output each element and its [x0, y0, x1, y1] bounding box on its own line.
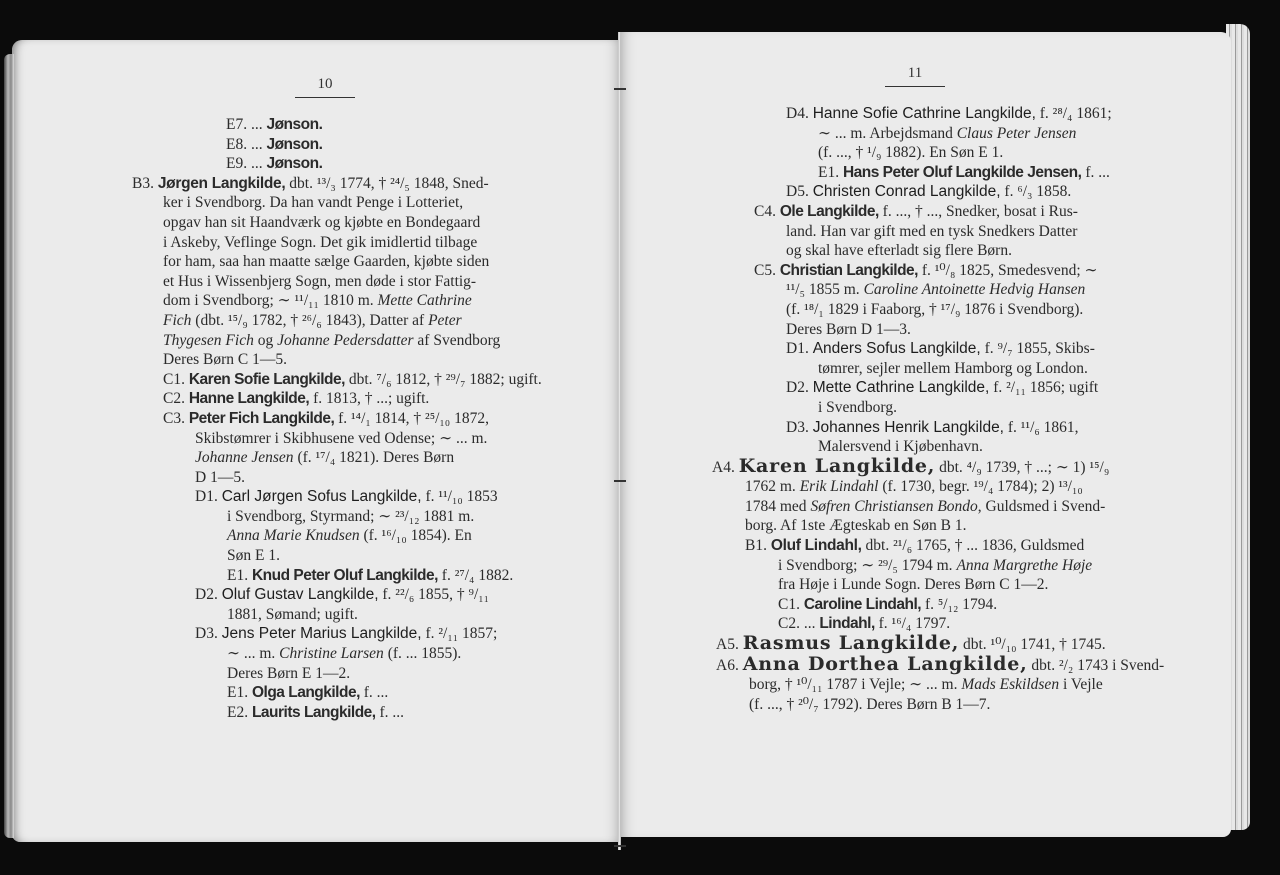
body-text: C2. ... [778, 615, 819, 632]
text-line: C5. Christian Langkilde, f. ¹⁰/₈ 1825, S… [754, 261, 1156, 281]
text-line: (f. ..., † ²⁰/₇ 1792). Deres Børn B 1—7. [749, 695, 1156, 715]
body-text: C4. [754, 203, 780, 220]
body-text: dbt. ²¹/₆ 1765, † ... 1836, Guldsmed [862, 537, 1085, 554]
body-text: f. ..., † ..., Snedker, bosat i Rus- [879, 203, 1078, 220]
text-line: A4. Karen Langkilde, dbt. ⁴/₉ 1739, † ..… [712, 457, 1156, 478]
text-line: E1. Hans Peter Oluf Langkilde Jensen, f.… [818, 163, 1156, 183]
italic-name: Erik Lindahl [800, 478, 879, 495]
text-line: D4. Hanne Sofie Cathrine Langkilde, f. ²… [786, 104, 1156, 124]
body-text: ∼ ... m. Arbejdsmand [818, 125, 957, 142]
body-text: Malersvend i Kjøbenhavn. [818, 438, 983, 455]
body-text: D2. [786, 379, 813, 396]
text-line: Deres Børn D 1—3. [786, 320, 1156, 340]
person-name: Hanne Sofie Cathrine Langkilde, [813, 105, 1036, 122]
body-text: f. ¹⁶/₄ 1797. [875, 615, 950, 632]
body-text: f. ²/₁₁ 1856; ugift [989, 379, 1098, 396]
body-text: f. ... [1081, 164, 1109, 181]
body-text: (f. ¹⁸/₁ 1829 i Faaborg, † ¹⁷/₉ 1876 i S… [786, 301, 1083, 318]
text-line: ∼ ... m. Arbejdsmand Claus Peter Jensen [818, 124, 1156, 144]
body-text: (f. ..., † ¹/₉ 1882). En Søn E 1. [818, 144, 1003, 161]
body-text: D3. [786, 419, 813, 436]
body-text: C1. [778, 596, 804, 613]
body-text: dbt. ¹⁰/₁₀ 1741, † 1745. [959, 636, 1106, 653]
text-line: C1. Caroline Lindahl, f. ⁵/₁₂ 1794. [778, 595, 1156, 615]
body-text: f. ⁶/₃ 1858. [1001, 183, 1072, 200]
body-text: A5. [716, 636, 743, 653]
text-line: C4. Ole Langkilde, f. ..., † ..., Snedke… [754, 202, 1156, 222]
body-text: ¹¹/₅ 1855 m. [786, 281, 864, 298]
person-name: Caroline Lindahl, [804, 596, 921, 613]
person-name: Christen Conrad Langkilde, [813, 183, 1001, 200]
binding-stitch [614, 845, 626, 847]
body-text: D1. [786, 340, 813, 357]
body-text: 1784 med [745, 498, 810, 515]
italic-name: Caroline Antoinette Hedvig Hansen [864, 281, 1086, 298]
text-line: 1784 med Søfren Christiansen Bondo, Guld… [745, 497, 1156, 517]
person-name: Oluf Lindahl, [771, 537, 862, 554]
person-name: Anders Sofus Langkilde, [813, 340, 981, 357]
person-name: Johannes Henrik Langkilde, [813, 419, 1004, 436]
text-line: 1762 m. Erik Lindahl (f. 1730, begr. ¹⁹/… [745, 477, 1156, 497]
page-number-left: 10 [295, 76, 355, 98]
body-text: f. ¹¹/₆ 1861, [1004, 419, 1079, 436]
body-text: i Svendborg. [818, 399, 897, 416]
text-line: ¹¹/₅ 1855 m. Caroline Antoinette Hedvig … [786, 280, 1156, 300]
text-line: fra Høje i Lunde Sogn. Deres Børn C 1—2. [778, 575, 1156, 595]
body-text: B1. [745, 537, 771, 554]
body-text: land. Han var gift med en tysk Snedkers … [786, 223, 1077, 240]
body-text: fra Høje i Lunde Sogn. Deres Børn C 1—2. [778, 576, 1048, 593]
body-text: 1762 m. [745, 478, 800, 495]
text-line: A5. Rasmus Langkilde, dbt. ¹⁰/₁₀ 1741, †… [716, 634, 1156, 655]
text-line: D5. Christen Conrad Langkilde, f. ⁶/₃ 18… [786, 182, 1156, 202]
person-name: Christian Langkilde, [780, 262, 918, 279]
person-name: Ole Langkilde, [780, 203, 879, 220]
text-line: tømrer, sejler mellem Hamborg og London. [818, 359, 1156, 379]
text-line: i Svendborg. [818, 398, 1156, 418]
body-text: og skal have efterladt sig flere Børn. [786, 242, 1012, 259]
italic-name: Søfren Christiansen Bondo [810, 498, 977, 515]
body-text: f. ²⁸/₄ 1861; [1036, 105, 1112, 122]
person-name: Lindahl, [819, 615, 874, 632]
body-text: , Guldsmed i Svend- [978, 498, 1105, 515]
text-line: B1. Oluf Lindahl, dbt. ²¹/₆ 1765, † ... … [745, 536, 1156, 556]
text-line: og skal have efterladt sig flere Børn. [786, 241, 1156, 261]
body-text: dbt. ⁴/₉ 1739, † ...; ∼ 1) ¹⁵/₉ [935, 459, 1109, 476]
text-line: i Svendborg; ∼ ²⁹/₅ 1794 m. Anna Margret… [778, 556, 1156, 576]
italic-name: Claus Peter Jensen [957, 125, 1077, 142]
body-text: f. ⁵/₁₂ 1794. [921, 596, 997, 613]
body-text: C5. [754, 262, 780, 279]
body-text: tømrer, sejler mellem Hamborg og London. [818, 360, 1088, 377]
text-line: land. Han var gift med en tysk Snedkers … [786, 222, 1156, 242]
person-name: Mette Cathrine Langkilde, [813, 379, 990, 396]
body-text: D4. [786, 105, 813, 122]
body-text: (f. 1730, begr. ¹⁹/₄ 1784); 2) ¹³/₁₀ [878, 478, 1082, 495]
body-text: (f. ..., † ²⁰/₇ 1792). Deres Børn B 1—7. [749, 696, 990, 713]
body-text: Deres Børn D 1—3. [786, 321, 911, 338]
body-text: f. ¹⁰/₈ 1825, Smedesvend; ∼ [918, 262, 1098, 279]
body-text: E1. [818, 164, 843, 181]
text-line: D3. Johannes Henrik Langkilde, f. ¹¹/₆ 1… [786, 418, 1156, 438]
text-line: D1. Anders Sofus Langkilde, f. ⁹/₇ 1855,… [786, 339, 1156, 359]
text-line: borg. Af 1ste Ægteskab en Søn B 1. [745, 516, 1156, 536]
body-text: borg. Af 1ste Ægteskab en Søn B 1. [745, 517, 966, 534]
right-page-text: D4. Hanne Sofie Cathrine Langkilde, f. ²… [0, 104, 1160, 714]
text-line: (f. ..., † ¹/₉ 1882). En Søn E 1. [818, 143, 1156, 163]
body-text: f. ⁹/₇ 1855, Skibs- [981, 340, 1095, 357]
binding-stitch [614, 88, 626, 90]
italic-name: Mads Eskildsen [961, 676, 1059, 693]
body-text: D5. [786, 183, 813, 200]
body-text: i Svendborg; ∼ ²⁹/₅ 1794 m. [778, 557, 956, 574]
text-line: D2. Mette Cathrine Langkilde, f. ²/₁₁ 18… [786, 378, 1156, 398]
person-name: Rasmus Langkilde, [743, 632, 959, 654]
page-number-right: 11 [885, 65, 945, 87]
person-name: Karen Langkilde, [739, 455, 936, 477]
text-line: A6. Anna Dorthea Langkilde, dbt. ²/₂ 174… [716, 655, 1156, 676]
italic-name: Anna Margrethe Høje [956, 557, 1092, 574]
body-text: A4. [712, 459, 739, 476]
text-line: borg, † ¹⁰/₁₁ 1787 i Vejle; ∼ ... m. Mad… [749, 675, 1156, 695]
body-text: A6. [716, 657, 743, 674]
body-text: borg, † ¹⁰/₁₁ 1787 i Vejle; ∼ ... m. [749, 676, 961, 693]
person-name: Hans Peter Oluf Langkilde Jensen, [843, 164, 1081, 181]
body-text: dbt. ²/₂ 1743 i Svend- [1028, 657, 1165, 674]
text-line: (f. ¹⁸/₁ 1829 i Faaborg, † ¹⁷/₉ 1876 i S… [786, 300, 1156, 320]
body-text: i Vejle [1059, 676, 1103, 693]
person-name: Anna Dorthea Langkilde, [743, 653, 1028, 675]
